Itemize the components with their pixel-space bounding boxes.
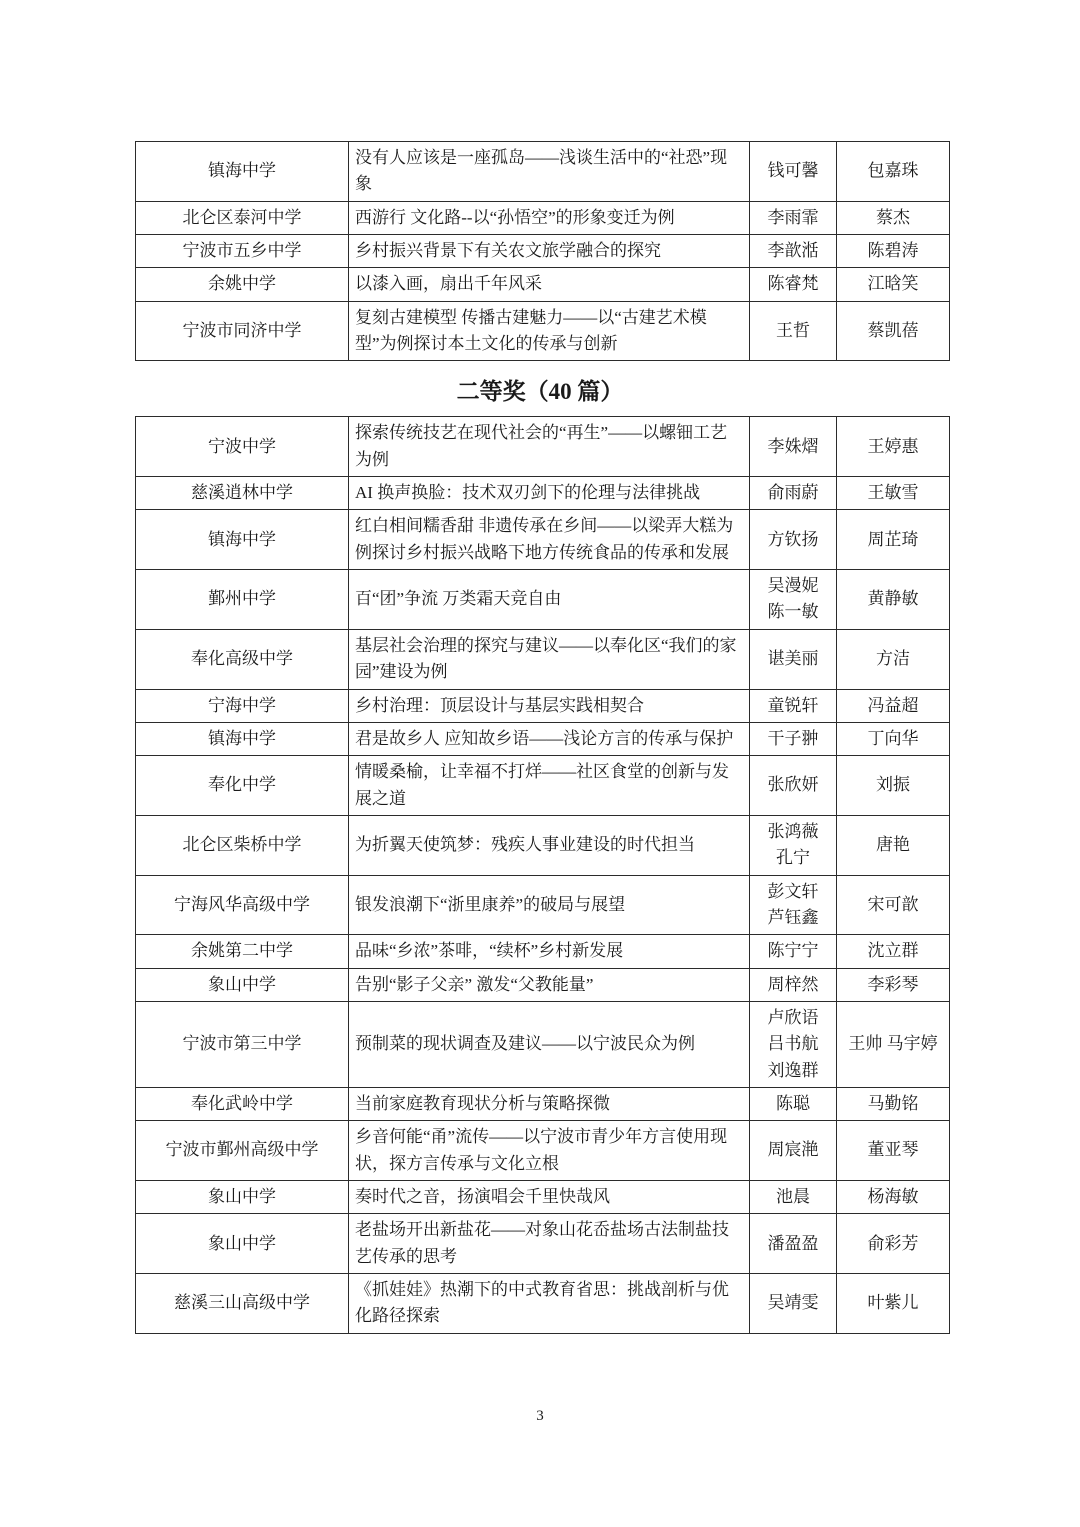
title-cell: 复刻古建模型 传播古建魅力——以“古建艺术模型”为例探讨本土文化的传承与创新: [349, 301, 750, 361]
table-row: 宁波市同济中学复刻古建模型 传播古建魅力——以“古建艺术模型”为例探讨本土文化的…: [136, 301, 950, 361]
document-page: { "page": { "number": "3" }, "section_he…: [0, 0, 1080, 1527]
second-prize-table: 宁波中学探索传统技艺在现代社会的“再生”——以螺钿工艺为例李姝熠王婷惠慈溪逍林中…: [135, 416, 950, 1333]
author-cell: 钱可馨: [750, 142, 837, 202]
school-cell: 鄞州中学: [136, 570, 349, 630]
author-cell: 潘盈盈: [750, 1214, 837, 1274]
teacher-cell: 刘振: [837, 756, 950, 816]
author-cell: 张欣妍: [750, 756, 837, 816]
author-cell: 吴漫妮 陈一敏: [750, 570, 837, 630]
table-row: 奉化中学情暖桑榆，让幸福不打烊——社区食堂的创新与发展之道张欣妍刘振: [136, 756, 950, 816]
title-cell: 百“团”争流 万类霜天竞自由: [349, 570, 750, 630]
teacher-cell: 杨海敏: [837, 1181, 950, 1214]
author-cell: 李歆湉: [750, 235, 837, 268]
title-cell: 预制菜的现状调查及建议——以宁波民众为例: [349, 1001, 750, 1087]
school-cell: 镇海中学: [136, 722, 349, 755]
teacher-cell: 马勤铭: [837, 1087, 950, 1120]
table-row: 宁海中学乡村治理：顶层设计与基层实践相契合童锐轩冯益超: [136, 689, 950, 722]
school-cell: 象山中学: [136, 1181, 349, 1214]
table-body: 宁波中学探索传统技艺在现代社会的“再生”——以螺钿工艺为例李姝熠王婷惠慈溪逍林中…: [136, 417, 950, 1333]
title-cell: 乡村振兴背景下有关农文旅学融合的探究: [349, 235, 750, 268]
title-cell: 君是故乡人 应知故乡语——浅论方言的传承与保护: [349, 722, 750, 755]
page-content: 镇海中学没有人应该是一座孤岛——浅谈生活中的“社恐”现象钱可馨包嘉珠北仑区泰河中…: [135, 141, 945, 1334]
title-cell: 《抓娃娃》热潮下的中式教育省思：挑战剖析与优化路径探索: [349, 1274, 750, 1334]
page-number: 3: [0, 1408, 1080, 1425]
teacher-cell: 叶紫儿: [837, 1274, 950, 1334]
author-cell: 李雨霏: [750, 201, 837, 234]
author-cell: 谌美丽: [750, 629, 837, 689]
title-cell: 基层社会治理的探究与建议——以奉化区“我们的家园”建设为例: [349, 629, 750, 689]
table-row: 北仑区泰河中学西游行 文化路--以“孙悟空”的形象变迁为例李雨霏蔡杰: [136, 201, 950, 234]
school-cell: 象山中学: [136, 1214, 349, 1274]
teacher-cell: 王敏雪: [837, 477, 950, 510]
school-cell: 宁波中学: [136, 417, 349, 477]
first-prize-continuation-table: 镇海中学没有人应该是一座孤岛——浅谈生活中的“社恐”现象钱可馨包嘉珠北仑区泰河中…: [135, 141, 950, 361]
school-cell: 奉化武岭中学: [136, 1087, 349, 1120]
teacher-cell: 丁向华: [837, 722, 950, 755]
teacher-cell: 包嘉珠: [837, 142, 950, 202]
title-cell: 乡村治理：顶层设计与基层实践相契合: [349, 689, 750, 722]
table-row: 慈溪逍林中学AI 换声换脸：技术双刃剑下的伦理与法律挑战俞雨蔚王敏雪: [136, 477, 950, 510]
title-cell: 银发浪潮下“浙里康养”的破局与展望: [349, 875, 750, 935]
author-cell: 陈睿梵: [750, 268, 837, 301]
title-cell: 以漆入画，扇出千年风采: [349, 268, 750, 301]
title-cell: AI 换声换脸：技术双刃剑下的伦理与法律挑战: [349, 477, 750, 510]
school-cell: 慈溪逍林中学: [136, 477, 349, 510]
school-cell: 余姚第二中学: [136, 935, 349, 968]
author-cell: 王哲: [750, 301, 837, 361]
title-cell: 奏时代之音，扬演唱会千里快哉风: [349, 1181, 750, 1214]
table-row: 象山中学老盐场开出新盐花——对象山花岙盐场古法制盐技艺传承的思考潘盈盈俞彩芳: [136, 1214, 950, 1274]
teacher-cell: 陈碧涛: [837, 235, 950, 268]
title-cell: 红白相间糯香甜 非遗传承在乡间——以梁弄大糕为例探讨乡村振兴战略下地方传统食品的…: [349, 510, 750, 570]
table-row: 镇海中学没有人应该是一座孤岛——浅谈生活中的“社恐”现象钱可馨包嘉珠: [136, 142, 950, 202]
school-cell: 镇海中学: [136, 510, 349, 570]
author-cell: 池晨: [750, 1181, 837, 1214]
author-cell: 周宸滟: [750, 1121, 837, 1181]
author-cell: 方钦扬: [750, 510, 837, 570]
teacher-cell: 董亚琴: [837, 1121, 950, 1181]
title-cell: 西游行 文化路--以“孙悟空”的形象变迁为例: [349, 201, 750, 234]
author-cell: 吴靖雯: [750, 1274, 837, 1334]
teacher-cell: 周芷琦: [837, 510, 950, 570]
title-cell: 告别“影子父亲” 激发“父教能量”: [349, 968, 750, 1001]
school-cell: 奉化中学: [136, 756, 349, 816]
title-cell: 老盐场开出新盐花——对象山花岙盐场古法制盐技艺传承的思考: [349, 1214, 750, 1274]
school-cell: 奉化高级中学: [136, 629, 349, 689]
author-cell: 张鸿薇 孔宁: [750, 815, 837, 875]
teacher-cell: 方洁: [837, 629, 950, 689]
teacher-cell: 王婷惠: [837, 417, 950, 477]
teacher-cell: 黄静敏: [837, 570, 950, 630]
teacher-cell: 宋可歆: [837, 875, 950, 935]
school-cell: 慈溪三山高级中学: [136, 1274, 349, 1334]
table-row: 宁海风华高级中学银发浪潮下“浙里康养”的破局与展望彭文轩 芦钰鑫宋可歆: [136, 875, 950, 935]
table-row: 象山中学告别“影子父亲” 激发“父教能量”周梓然李彩琴: [136, 968, 950, 1001]
table-row: 宁波中学探索传统技艺在现代社会的“再生”——以螺钿工艺为例李姝熠王婷惠: [136, 417, 950, 477]
school-cell: 宁波市同济中学: [136, 301, 349, 361]
school-cell: 宁波市第三中学: [136, 1001, 349, 1087]
table-row: 宁波市鄞州高级中学乡音何能“甬”流传——以宁波市青少年方言使用现状，探方言传承与…: [136, 1121, 950, 1181]
title-cell: 没有人应该是一座孤岛——浅谈生活中的“社恐”现象: [349, 142, 750, 202]
table-row: 镇海中学君是故乡人 应知故乡语——浅论方言的传承与保护干子翀丁向华: [136, 722, 950, 755]
teacher-cell: 冯益超: [837, 689, 950, 722]
school-cell: 北仑区柴桥中学: [136, 815, 349, 875]
school-cell: 宁海中学: [136, 689, 349, 722]
table-row: 奉化武岭中学当前家庭教育现状分析与策略探微陈聪马勤铭: [136, 1087, 950, 1120]
school-cell: 余姚中学: [136, 268, 349, 301]
table-body: 镇海中学没有人应该是一座孤岛——浅谈生活中的“社恐”现象钱可馨包嘉珠北仑区泰河中…: [136, 142, 950, 361]
table-row: 镇海中学红白相间糯香甜 非遗传承在乡间——以梁弄大糕为例探讨乡村振兴战略下地方传…: [136, 510, 950, 570]
title-cell: 情暖桑榆，让幸福不打烊——社区食堂的创新与发展之道: [349, 756, 750, 816]
title-cell: 为折翼天使筑梦：残疾人事业建设的时代担当: [349, 815, 750, 875]
author-cell: 李姝熠: [750, 417, 837, 477]
table-row: 北仑区柴桥中学为折翼天使筑梦：残疾人事业建设的时代担当张鸿薇 孔宁唐艳: [136, 815, 950, 875]
author-cell: 陈聪: [750, 1087, 837, 1120]
table-row: 鄞州中学百“团”争流 万类霜天竞自由吴漫妮 陈一敏黄静敏: [136, 570, 950, 630]
teacher-cell: 蔡凯蓓: [837, 301, 950, 361]
author-cell: 童锐轩: [750, 689, 837, 722]
school-cell: 宁波市五乡中学: [136, 235, 349, 268]
author-cell: 周梓然: [750, 968, 837, 1001]
title-cell: 品味“乡浓”茶啡，“续杯”乡村新发展: [349, 935, 750, 968]
title-cell: 当前家庭教育现状分析与策略探微: [349, 1087, 750, 1120]
table-row: 奉化高级中学基层社会治理的探究与建议——以奉化区“我们的家园”建设为例谌美丽方洁: [136, 629, 950, 689]
table-row: 象山中学奏时代之音，扬演唱会千里快哉风池晨杨海敏: [136, 1181, 950, 1214]
teacher-cell: 蔡杰: [837, 201, 950, 234]
title-cell: 乡音何能“甬”流传——以宁波市青少年方言使用现状，探方言传承与文化立根: [349, 1121, 750, 1181]
table-row: 余姚第二中学品味“乡浓”茶啡，“续杯”乡村新发展陈宁宁沈立群: [136, 935, 950, 968]
school-cell: 宁海风华高级中学: [136, 875, 349, 935]
table-row: 慈溪三山高级中学《抓娃娃》热潮下的中式教育省思：挑战剖析与优化路径探索吴靖雯叶紫…: [136, 1274, 950, 1334]
author-cell: 陈宁宁: [750, 935, 837, 968]
author-cell: 俞雨蔚: [750, 477, 837, 510]
table-row: 余姚中学以漆入画，扇出千年风采陈睿梵江晗笑: [136, 268, 950, 301]
teacher-cell: 唐艳: [837, 815, 950, 875]
table-row: 宁波市第三中学预制菜的现状调查及建议——以宁波民众为例卢欣语 吕书航 刘逸群王帅…: [136, 1001, 950, 1087]
school-cell: 北仑区泰河中学: [136, 201, 349, 234]
teacher-cell: 沈立群: [837, 935, 950, 968]
table-row: 宁波市五乡中学乡村振兴背景下有关农文旅学融合的探究李歆湉陈碧涛: [136, 235, 950, 268]
school-cell: 宁波市鄞州高级中学: [136, 1121, 349, 1181]
teacher-cell: 江晗笑: [837, 268, 950, 301]
teacher-cell: 李彩琴: [837, 968, 950, 1001]
author-cell: 彭文轩 芦钰鑫: [750, 875, 837, 935]
title-cell: 探索传统技艺在现代社会的“再生”——以螺钿工艺为例: [349, 417, 750, 477]
teacher-cell: 俞彩芳: [837, 1214, 950, 1274]
school-cell: 象山中学: [136, 968, 349, 1001]
author-cell: 干子翀: [750, 722, 837, 755]
school-cell: 镇海中学: [136, 142, 349, 202]
teacher-cell: 王帅 马宇婷: [837, 1001, 950, 1087]
author-cell: 卢欣语 吕书航 刘逸群: [750, 1001, 837, 1087]
section-heading-second-prize: 二等奖（40 篇）: [135, 373, 945, 406]
